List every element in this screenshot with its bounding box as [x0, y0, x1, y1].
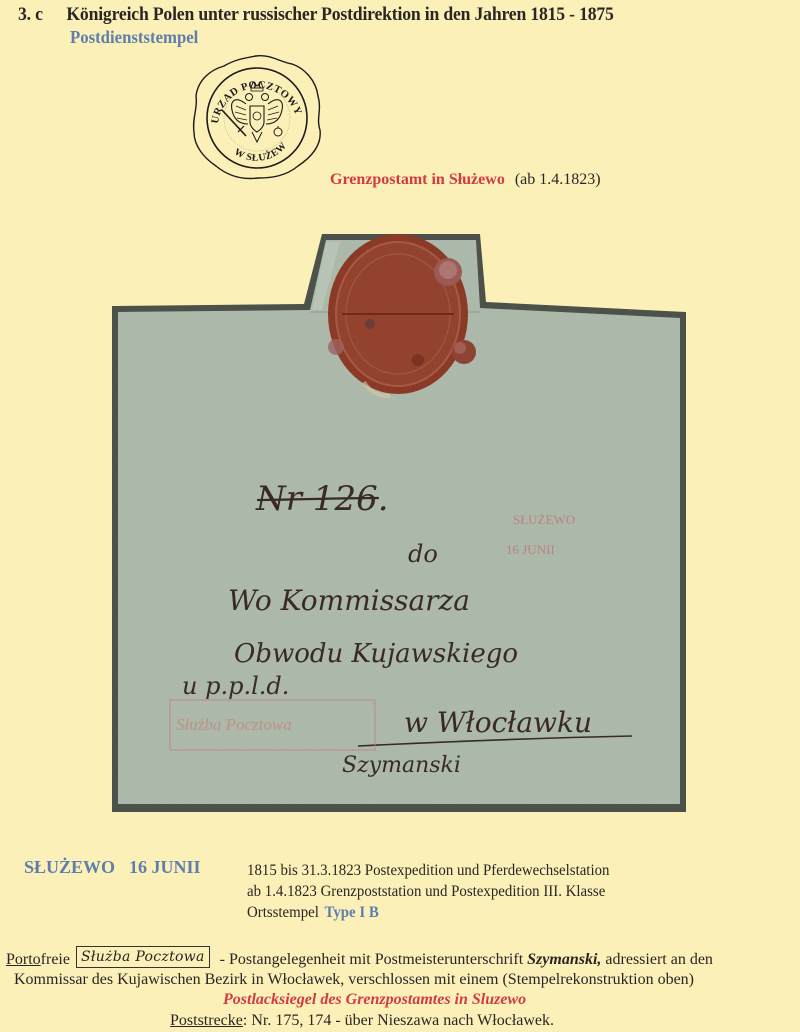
section-number: 3. c	[18, 4, 66, 26]
info-line-3: OrtsstempelType I B	[247, 902, 609, 923]
postmark-date: 16 JUNII	[506, 542, 555, 557]
info-line-2: ab 1.4.1823 Grenzpoststation und Postexp…	[247, 881, 609, 902]
description-line-2: Kommissar des Kujawischen Bezirk in Włoc…	[14, 970, 694, 990]
handwritten-number: Nr 126.	[255, 479, 389, 519]
office-name: Grenzpostamt in Służewo	[330, 171, 505, 188]
handwritten-addressee: Wo Kommissarza	[228, 584, 470, 617]
route-line: Poststrecke: Nr. 175, 174 - über Nieszaw…	[170, 1011, 554, 1031]
handwritten-city: w Włocławku	[404, 706, 592, 739]
description-line-3: Postlacksiegel des Grenzpostamtes in Slu…	[223, 990, 526, 1010]
office-since: (ab 1.4.1823)	[515, 171, 601, 188]
postmark-label: SŁUŻEWO16 JUNII	[24, 857, 201, 878]
handwritten-district: Obwodu Kujawskiego	[234, 639, 518, 669]
title-text: Königreich Polen unter russischer Postdi…	[66, 4, 613, 25]
office-caption: Grenzpostamt in Służewo(ab 1.4.1823)	[330, 171, 601, 189]
ortsstempel-label: Ortsstempel	[247, 904, 319, 921]
postmark-date-label: 16 JUNII	[129, 857, 201, 877]
route-label: Poststrecke	[170, 1012, 243, 1029]
signature-name: Szymanski,	[527, 951, 601, 968]
type-label: Type I B	[324, 904, 378, 921]
info-line-1: 1815 bis 31.3.1823 Postexpedition und Pf…	[247, 860, 609, 881]
letter-image: Nr 126. do Wo Kommissarza Obwodu Kujawsk…	[108, 232, 694, 814]
page-subtitle: Postdienststempel	[70, 27, 198, 48]
handwritten-signature: Szymanski	[342, 753, 461, 778]
page-title: 3. cKönigreich Polen unter russischer Po…	[18, 4, 614, 26]
postmark-place: SŁUŻEWO	[513, 512, 575, 527]
handwritten-abbrev: u p.p.l.d.	[182, 672, 289, 700]
place-name: SŁUŻEWO	[24, 857, 115, 877]
seal-reconstruction: URZAD POCZTOWY POGRAN. W SŁUŻEWIE	[188, 52, 324, 182]
handwritten-do: do	[408, 540, 438, 568]
description-line-1: PortofreieSłużba Pocztowa - Postangelege…	[6, 946, 713, 970]
info-lines: 1815 bis 31.3.1823 Postexpedition und Pf…	[247, 860, 609, 923]
eagle-seal-icon: URZAD POCZTOWY POGRAN. W SŁUŻEWIE	[188, 52, 324, 182]
sluzba-pocztowa-stamp: Służba Pocztowa	[76, 946, 210, 968]
route-text: : Nr. 175, 174 - über Nieszawa nach Włoc…	[243, 1012, 554, 1029]
letter-cover: Nr 126. do Wo Kommissarza Obwodu Kujawsk…	[108, 232, 694, 814]
boxed-stamp-text: Służba Pocztowa	[176, 715, 292, 734]
